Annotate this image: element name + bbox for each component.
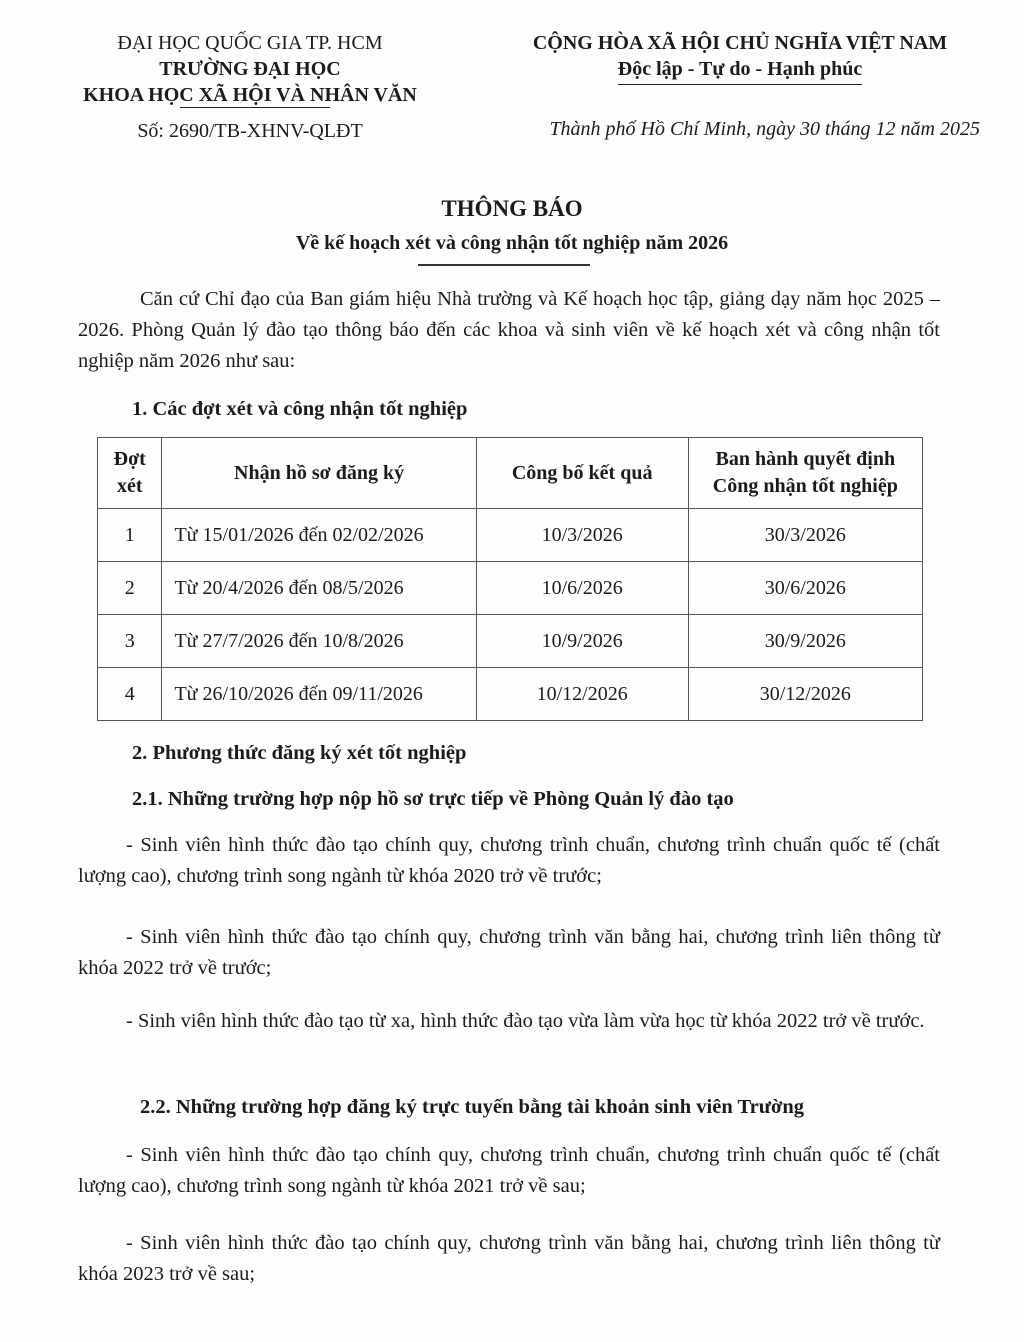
- cell-round: 4: [98, 668, 162, 721]
- cell-registration: Từ 26/10/2026 đến 09/11/2026: [162, 668, 476, 721]
- section-2-1-item: - Sinh viên hình thức đào tạo chính quy,…: [78, 922, 940, 984]
- issuing-authority-block: ĐẠI HỌC QUỐC GIA TP. HCM TRƯỜNG ĐẠI HỌC …: [40, 30, 460, 144]
- cell-registration: Từ 15/01/2026 đến 02/02/2026: [162, 509, 476, 562]
- faculty-underline: [180, 107, 330, 108]
- national-header-block: CỘNG HÒA XÃ HỘI CHỦ NGHĨA VIỆT NAM Độc l…: [490, 30, 990, 85]
- section-2-1-item: - Sinh viên hình thức đào tạo từ xa, hìn…: [78, 1006, 940, 1037]
- section-2-2-heading: 2.2. Những trường hợp đăng ký trực tuyến…: [140, 1096, 804, 1119]
- section-2-1-item: - Sinh viên hình thức đào tạo chính quy,…: [78, 830, 940, 892]
- university-name: ĐẠI HỌC QUỐC GIA TP. HCM: [40, 30, 460, 56]
- document-subtitle: Về kế hoạch xét và công nhận tốt nghiệp …: [0, 232, 1024, 255]
- cell-decision: 30/6/2026: [688, 562, 922, 615]
- cell-round: 1: [98, 509, 162, 562]
- cell-decision: 30/9/2026: [688, 615, 922, 668]
- header-results: Công bố kết quả: [476, 438, 688, 509]
- cell-round: 3: [98, 615, 162, 668]
- section-2-1-heading: 2.1. Những trường hợp nộp hồ sơ trực tiế…: [132, 788, 734, 811]
- faculty-name: KHOA HỌC XÃ HỘI VÀ NHÂN VĂN: [40, 82, 460, 108]
- cell-results: 10/6/2026: [476, 562, 688, 615]
- cell-registration: Từ 27/7/2026 đến 10/8/2026: [162, 615, 476, 668]
- subtitle-divider: [418, 264, 590, 266]
- header-registration: Nhận hồ sơ đăng ký: [162, 438, 476, 509]
- cell-results: 10/12/2026: [476, 668, 688, 721]
- cell-decision: 30/3/2026: [688, 509, 922, 562]
- intro-paragraph: Căn cứ Chỉ đạo của Ban giám hiệu Nhà trư…: [78, 284, 940, 377]
- document-title: THÔNG BÁO: [0, 196, 1024, 222]
- section-2-2-item: - Sinh viên hình thức đào tạo chính quy,…: [78, 1140, 940, 1202]
- table-row: 3 Từ 27/7/2026 đến 10/8/2026 10/9/2026 3…: [98, 615, 923, 668]
- header-decision: Ban hành quyết định Công nhận tốt nghiệp: [688, 438, 922, 509]
- cell-decision: 30/12/2026: [688, 668, 922, 721]
- school-name: TRƯỜNG ĐẠI HỌC: [40, 56, 460, 82]
- table-header-row: Đợt xét Nhận hồ sơ đăng ký Công bố kết q…: [98, 438, 923, 509]
- document-number: Số: 2690/TB-XHNV-QLĐT: [40, 118, 460, 144]
- table-row: 1 Từ 15/01/2026 đến 02/02/2026 10/3/2026…: [98, 509, 923, 562]
- cell-results: 10/9/2026: [476, 615, 688, 668]
- cell-registration: Từ 20/4/2026 đến 08/5/2026: [162, 562, 476, 615]
- section-2-2-item: - Sinh viên hình thức đào tạo chính quy,…: [78, 1228, 940, 1290]
- cell-round: 2: [98, 562, 162, 615]
- table-row: 4 Từ 26/10/2026 đến 09/11/2026 10/12/202…: [98, 668, 923, 721]
- nation-name: CỘNG HÒA XÃ HỘI CHỦ NGHĨA VIỆT NAM: [490, 30, 990, 56]
- place-date: Thành phố Hồ Chí Minh, ngày 30 tháng 12 …: [480, 118, 980, 141]
- national-motto: Độc lập - Tự do - Hạnh phúc: [618, 56, 862, 85]
- cell-results: 10/3/2026: [476, 509, 688, 562]
- section-2-heading: 2. Phương thức đăng ký xét tốt nghiệp: [132, 742, 466, 765]
- table-row: 2 Từ 20/4/2026 đến 08/5/2026 10/6/2026 3…: [98, 562, 923, 615]
- graduation-schedule-table: Đợt xét Nhận hồ sơ đăng ký Công bố kết q…: [97, 437, 923, 721]
- section-1-heading: 1. Các đợt xét và công nhận tốt nghiệp: [132, 398, 467, 421]
- header-round: Đợt xét: [98, 438, 162, 509]
